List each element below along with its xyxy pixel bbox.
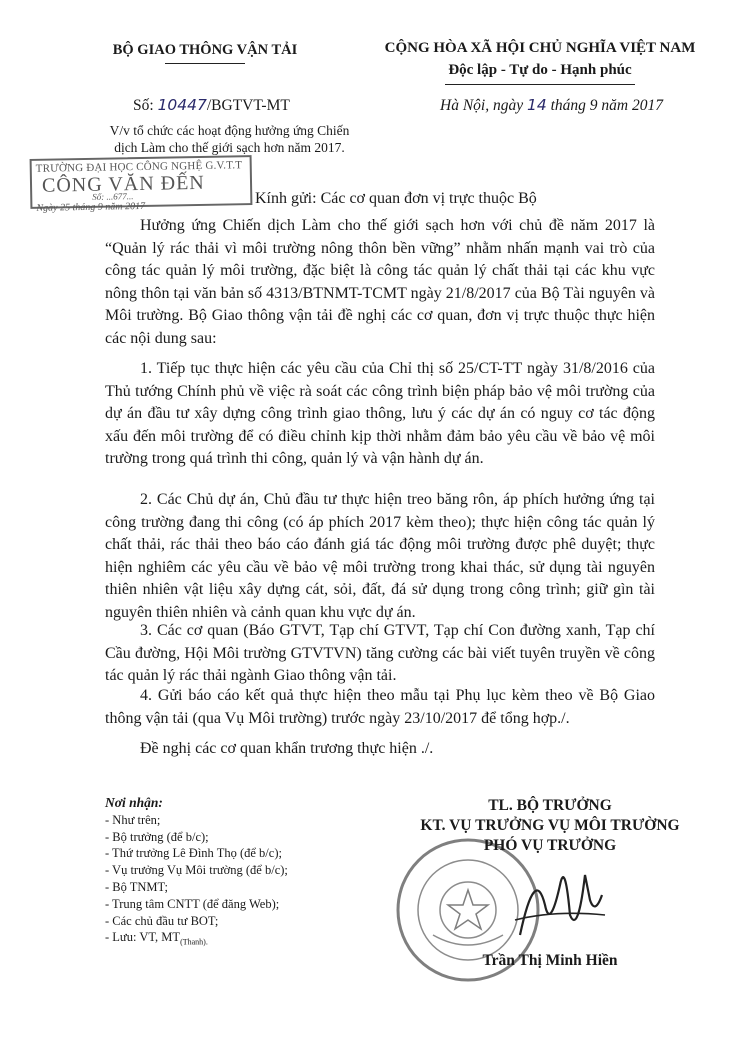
doc-number-suffix: /BGTVT-MT [207, 97, 290, 114]
recipient-item: - Thứ trưởng Lê Đình Thọ (để b/c); [105, 845, 288, 862]
ministry-name: BỘ GIAO THÔNG VẬN TẢI [100, 42, 310, 59]
signature-authority-line2: KT. VỤ TRƯỞNG VỤ MÔI TRƯỜNG [380, 817, 720, 835]
stamp-date: Ngày 25 tháng 9 năm 2017 [36, 201, 145, 214]
signature-authority-line1: TL. BỘ TRƯỞNG [380, 797, 720, 815]
doc-number-handwritten: 10447 [158, 96, 207, 114]
date-day-handwritten: 14 [527, 96, 547, 114]
national-motto: Độc lập - Tự do - Hạnh phúc [345, 62, 735, 79]
signer-name: Trần Thị Minh Hiền [380, 952, 720, 970]
item-4: 4. Gửi báo cáo kết quả thực hiện theo mẫ… [105, 685, 655, 730]
recipient-item: - Trung tâm CNTT (để đăng Web); [105, 896, 288, 913]
document-date: Hà Nội, ngày 14 tháng 9 năm 2017 [440, 96, 663, 115]
recipient-item: - Vụ trưởng Vụ Môi trường (để b/c); [105, 862, 288, 879]
recipient-item: - Các chủ đầu tư BOT; [105, 913, 288, 930]
document-subject: V/v tổ chức các hoạt động hưởng ứng Chiế… [97, 122, 362, 156]
recipient-item: - Bộ TNMT; [105, 879, 288, 896]
recipient-item: - Bộ trưởng (để b/c); [105, 829, 288, 846]
recipients-list: Nơi nhận: - Như trên; - Bộ trưởng (để b/… [105, 795, 288, 952]
received-stamp: TRƯỜNG ĐẠI HỌC CÔNG NGHỆ G.V.T.T CÔNG VĂ… [30, 155, 253, 209]
addressee: Kính gửi: Các cơ quan đơn vị trực thuộc … [255, 190, 537, 208]
recipient-item-archive: - Lưu: VT, MT(Thanh). [105, 929, 288, 951]
item-1: 1. Tiếp tục thực hiện các yêu cầu của Ch… [105, 358, 655, 471]
date-prefix: Hà Nội, ngày [440, 97, 527, 114]
date-suffix: tháng 9 năm 2017 [547, 97, 663, 114]
national-title: CỘNG HÒA XÃ HỘI CHỦ NGHĨA VIỆT NAM [345, 40, 735, 57]
motto-underline [445, 84, 635, 85]
doc-number-prefix: Số: [133, 97, 158, 114]
document-number: Số: 10447/BGTVT-MT [133, 96, 290, 115]
intro-paragraph: Hưởng ứng Chiến dịch Làm cho thế giới sạ… [105, 215, 655, 350]
item-3: 3. Các cơ quan (Báo GTVT, Tạp chí GTVT, … [105, 620, 655, 688]
ministry-underline [165, 63, 245, 64]
handwritten-signature-icon [500, 845, 610, 955]
closing-sentence: Đề nghị các cơ quan khẩn trương thực hiệ… [105, 738, 655, 761]
recipients-heading: Nơi nhận: [105, 795, 288, 812]
recipient-item: - Như trên; [105, 812, 288, 829]
item-2: 2. Các Chủ dự án, Chủ đầu tư thực hiện t… [105, 489, 655, 624]
signature-authority-line3: PHÓ VỤ TRƯỞNG [380, 837, 720, 855]
